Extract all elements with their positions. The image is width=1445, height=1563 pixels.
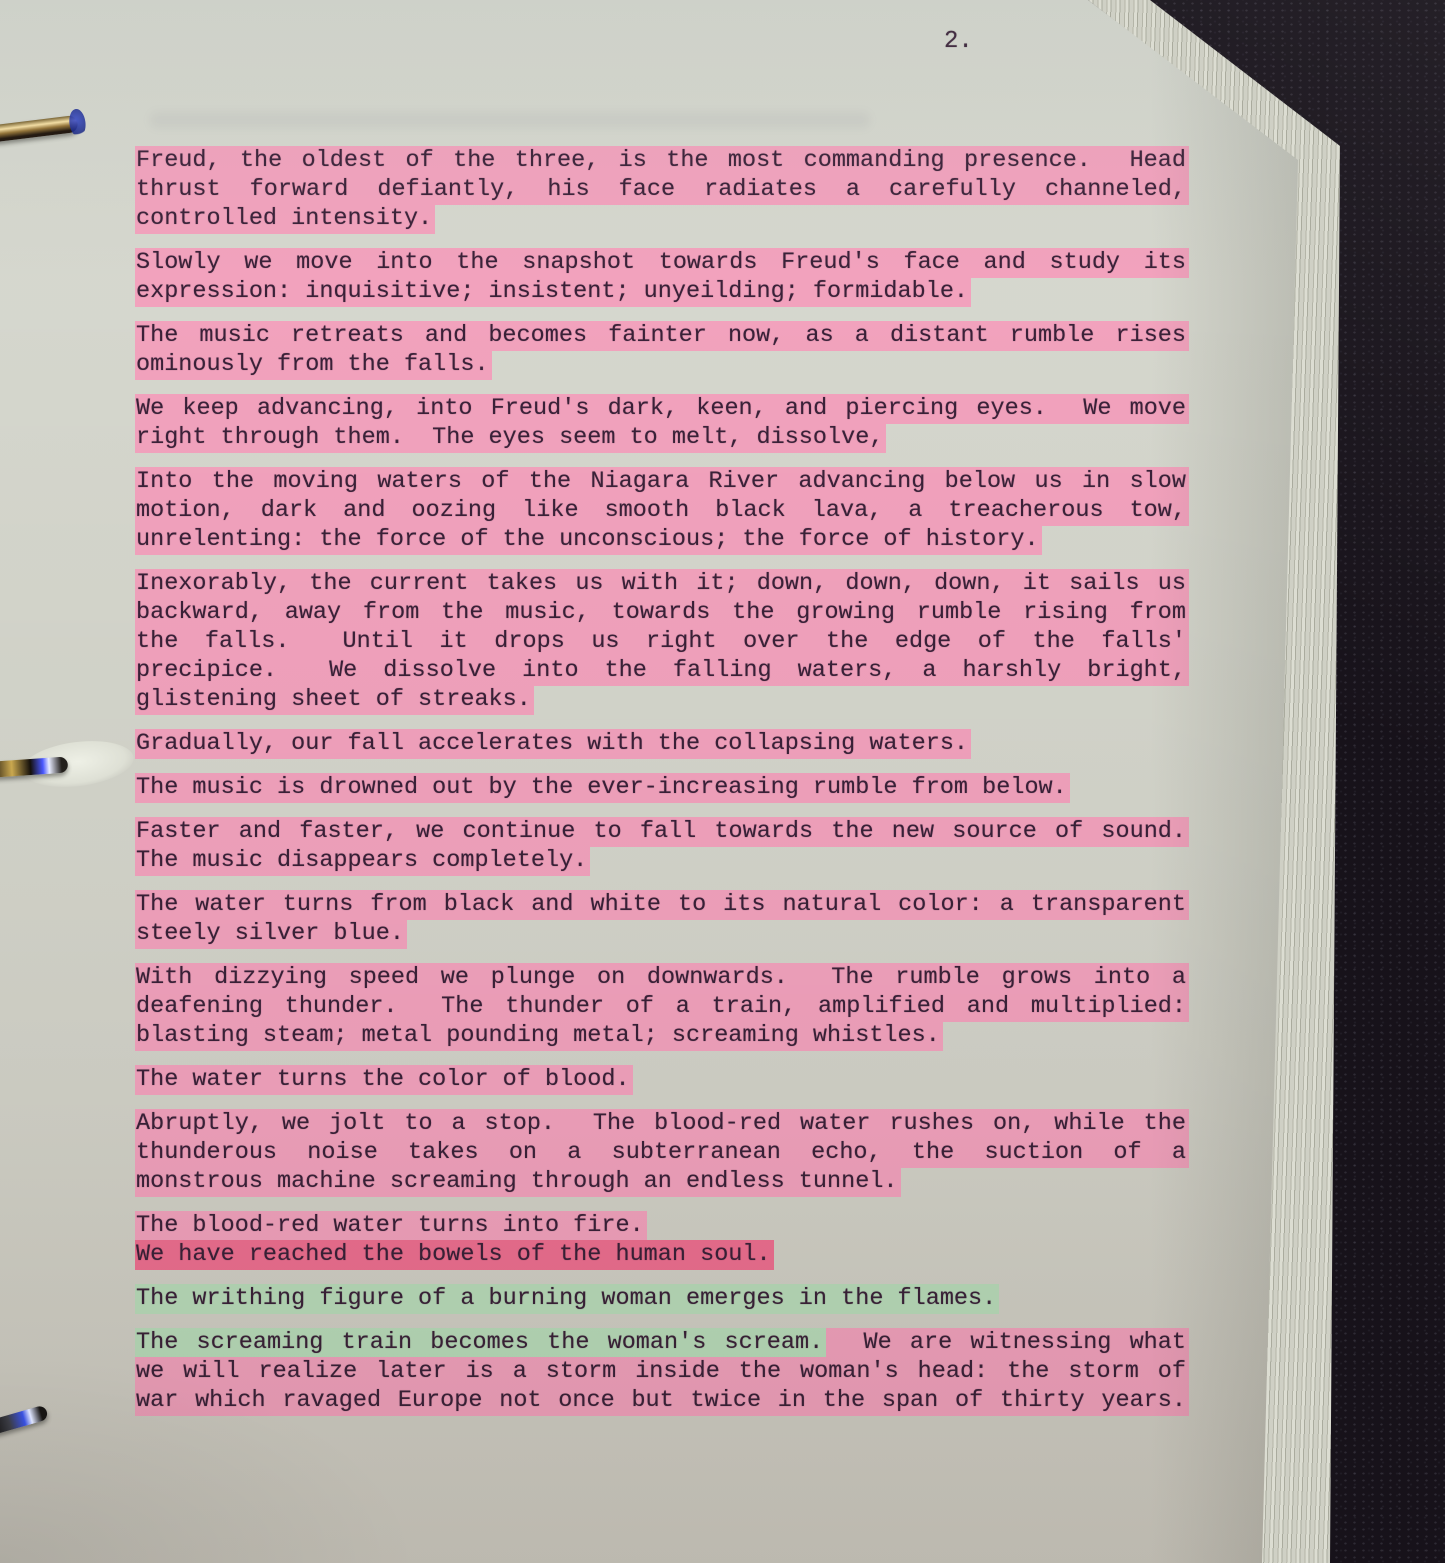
script-line: ominously from the falls. — [135, 350, 1189, 379]
highlighted-text: expression: inquisitive; insistent; unye… — [135, 277, 971, 307]
bleed-through-smudge — [150, 112, 870, 128]
script-line: thrust forward defiantly, his face radia… — [135, 175, 1189, 204]
script-line: deafening thunder. The thunder of a trai… — [135, 992, 1189, 1021]
highlighted-text: deafening thunder. The thunder of a trai… — [135, 992, 1189, 1022]
script-line: With dizzying speed we plunge on downwar… — [135, 963, 1189, 992]
script-line: expression: inquisitive; insistent; unye… — [135, 277, 1189, 306]
script-line: The music retreats and becomes fainter n… — [135, 321, 1189, 350]
paragraph: The screaming train becomes the woman's … — [135, 1328, 1189, 1415]
highlighted-text: backward, away from the music, towards t… — [135, 598, 1189, 628]
script-line: The water turns the color of blood. — [135, 1065, 1189, 1094]
highlighted-text: monstrous machine screaming through an e… — [135, 1167, 901, 1197]
paragraph: The water turns the color of blood. — [135, 1065, 1189, 1094]
script-line: right through them. The eyes seem to mel… — [135, 423, 1189, 452]
paragraph: Inexorably, the current takes us with it… — [135, 569, 1189, 714]
highlighted-text: Freud, the oldest of the three, is the m… — [135, 146, 1189, 176]
highlighted-text: The screaming train becomes the woman's … — [135, 1328, 826, 1358]
paragraph: The blood-red water turns into fire.We h… — [135, 1211, 1189, 1269]
script-line: The screaming train becomes the woman's … — [135, 1328, 1189, 1357]
binder-ring-metal — [0, 115, 79, 143]
script-line: Into the moving waters of the Niagara Ri… — [135, 467, 1189, 496]
highlighted-text: Inexorably, the current takes us with it… — [135, 569, 1189, 599]
highlighted-text: We are witnessing what — [826, 1328, 1189, 1358]
photo-scene: 2. Freud, the oldest of the three, is th… — [0, 0, 1445, 1563]
script-line: unrelenting: the force of the unconsciou… — [135, 525, 1189, 554]
script-line: We have reached the bowels of the human … — [135, 1240, 1189, 1269]
paragraph: With dizzying speed we plunge on downwar… — [135, 963, 1189, 1050]
highlighted-text: Gradually, our fall accelerates with the… — [135, 729, 971, 759]
highlighted-text: precipice. We dissolve into the falling … — [135, 656, 1189, 686]
highlighted-text: The music retreats and becomes fainter n… — [135, 321, 1189, 351]
highlighted-text: The music disappears completely. — [135, 846, 590, 876]
binder-ring-middle — [0, 741, 74, 797]
binder-ring-metal — [0, 756, 68, 777]
highlighted-text: Abruptly, we jolt to a stop. The blood-r… — [135, 1109, 1189, 1139]
highlighted-text: We have reached the bowels of the human … — [135, 1240, 774, 1270]
script-line: Faster and faster, we continue to fall t… — [135, 817, 1189, 846]
highlighted-text: the falls. Until it drops us right over … — [135, 627, 1189, 657]
script-line: The blood-red water turns into fire. — [135, 1211, 1189, 1240]
script-line: steely silver blue. — [135, 919, 1189, 948]
highlighted-text: Into the moving waters of the Niagara Ri… — [135, 467, 1189, 497]
highlighted-text: war which ravaged Europe not once but tw… — [135, 1386, 1189, 1416]
script-line: thunderous noise takes on a subterranean… — [135, 1138, 1189, 1167]
paragraph: Gradually, our fall accelerates with the… — [135, 729, 1189, 758]
paragraph: The water turns from black and white to … — [135, 890, 1189, 948]
paragraph: Faster and faster, we continue to fall t… — [135, 817, 1189, 875]
script-line: Slowly we move into the snapshot towards… — [135, 248, 1189, 277]
script-line: The water turns from black and white to … — [135, 890, 1189, 919]
paragraph: Into the moving waters of the Niagara Ri… — [135, 467, 1189, 554]
highlighted-text: glistening sheet of streaks. — [135, 685, 534, 715]
highlighted-text: We keep advancing, into Freud's dark, ke… — [135, 394, 1189, 424]
highlighted-text: Slowly we move into the snapshot towards… — [135, 248, 1189, 278]
highlighted-text: right through them. The eyes seem to mel… — [135, 423, 886, 453]
highlighted-text: Faster and faster, we continue to fall t… — [135, 817, 1189, 847]
script-line: precipice. We dissolve into the falling … — [135, 656, 1189, 685]
script-line: The music disappears completely. — [135, 846, 1189, 875]
highlighted-text: The blood-red water turns into fire. — [135, 1211, 647, 1241]
script-line: Inexorably, the current takes us with it… — [135, 569, 1189, 598]
script-line: Abruptly, we jolt to a stop. The blood-r… — [135, 1109, 1189, 1138]
highlighted-text: motion, dark and oozing like smooth blac… — [135, 496, 1189, 526]
script-line: The writhing figure of a burning woman e… — [135, 1284, 1189, 1313]
script-text: Freud, the oldest of the three, is the m… — [135, 146, 1189, 1430]
binder-ring-metal — [0, 1405, 49, 1436]
highlighted-text: The music is drowned out by the ever-inc… — [135, 773, 1070, 803]
highlighted-text: controlled intensity. — [135, 204, 435, 234]
script-line: The music is drowned out by the ever-inc… — [135, 773, 1189, 802]
highlighted-text: The writhing figure of a burning woman e… — [135, 1284, 999, 1314]
paragraph: The music retreats and becomes fainter n… — [135, 321, 1189, 379]
highlighted-text: thunderous noise takes on a subterranean… — [135, 1138, 1189, 1168]
script-line: motion, dark and oozing like smooth blac… — [135, 496, 1189, 525]
highlighted-text: The water turns the color of blood. — [135, 1065, 633, 1095]
paragraph: Slowly we move into the snapshot towards… — [135, 248, 1189, 306]
script-line: blasting steam; metal pounding metal; sc… — [135, 1021, 1189, 1050]
document-page: 2. Freud, the oldest of the three, is th… — [0, 0, 1445, 1563]
script-line: the falls. Until it drops us right over … — [135, 627, 1189, 656]
highlighted-text: thrust forward defiantly, his face radia… — [135, 175, 1189, 205]
highlighted-text: unrelenting: the force of the unconsciou… — [135, 525, 1042, 555]
page-number: 2. — [944, 28, 973, 55]
highlighted-text: ominously from the falls. — [135, 350, 492, 380]
script-line: war which ravaged Europe not once but tw… — [135, 1386, 1189, 1415]
paragraph: The writhing figure of a burning woman e… — [135, 1284, 1189, 1313]
paragraph: The music is drowned out by the ever-inc… — [135, 773, 1189, 802]
script-line: We keep advancing, into Freud's dark, ke… — [135, 394, 1189, 423]
highlighted-text: The water turns from black and white to … — [135, 890, 1189, 920]
script-line: monstrous machine screaming through an e… — [135, 1167, 1189, 1196]
script-line: we will realize later is a storm inside … — [135, 1357, 1189, 1386]
paragraph: Freud, the oldest of the three, is the m… — [135, 146, 1189, 233]
highlighted-text: we will realize later is a storm inside … — [135, 1357, 1189, 1387]
script-line: Gradually, our fall accelerates with the… — [135, 729, 1189, 758]
paragraph: Abruptly, we jolt to a stop. The blood-r… — [135, 1109, 1189, 1196]
script-line: glistening sheet of streaks. — [135, 685, 1189, 714]
script-line: controlled intensity. — [135, 204, 1189, 233]
script-line: Freud, the oldest of the three, is the m… — [135, 146, 1189, 175]
highlighted-text: blasting steam; metal pounding metal; sc… — [135, 1021, 943, 1051]
script-line: backward, away from the music, towards t… — [135, 598, 1189, 627]
paragraph: We keep advancing, into Freud's dark, ke… — [135, 394, 1189, 452]
highlighted-text: steely silver blue. — [135, 919, 407, 949]
highlighted-text: With dizzying speed we plunge on downwar… — [135, 963, 1189, 993]
